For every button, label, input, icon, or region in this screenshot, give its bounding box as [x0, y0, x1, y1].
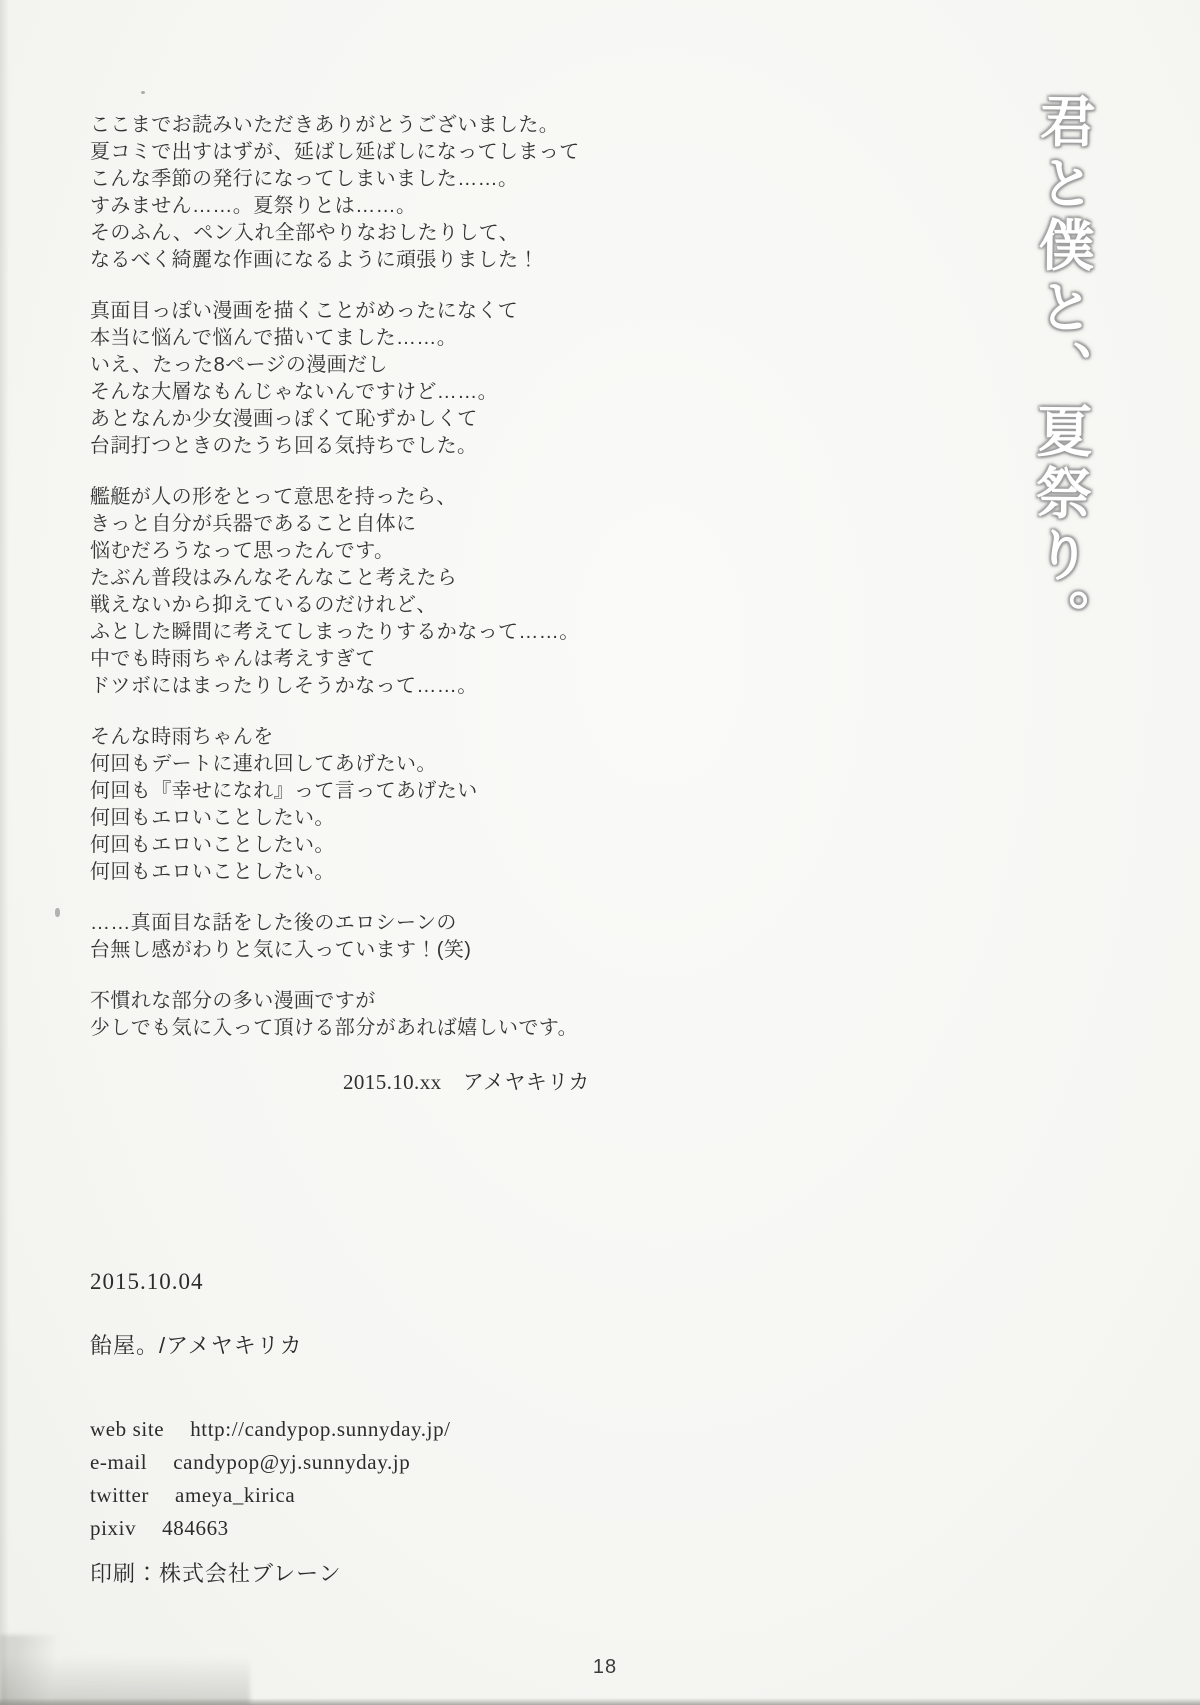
contact-label: web site	[90, 1416, 164, 1443]
afterword-line: 何回もデートに連れ回してあげたい。	[90, 751, 690, 778]
contact-row: pixiv484663	[90, 1515, 451, 1542]
signature-line: 2015.10.xx アメヤキリカ	[343, 1066, 690, 1096]
afterword-line: 夏コミで出すはずが、延ばし延ばしになってしまって	[90, 139, 690, 166]
afterword-line: 何回もエロいことしたい。	[90, 859, 690, 886]
contact-value: 484663	[162, 1515, 229, 1542]
afterword-paragraph: そんな時雨ちゃんを何回もデートに連れ回してあげたい。何回も『幸せになれ』って言っ…	[90, 724, 690, 886]
colophon: 2015.10.04 飴屋。/アメヤキリカ web sitehttp://can…	[90, 1268, 451, 1588]
afterword-line: そのふん、ペン入れ全部やりなおしたりして、	[90, 220, 690, 247]
afterword-paragraph: ここまでお読みいただきありがとうございました。夏コミで出すはずが、延ばし延ばしに…	[90, 112, 690, 274]
contact-label: twitter	[90, 1482, 149, 1509]
afterword-line: 何回も『幸せになれ』って言ってあげたい	[90, 778, 690, 805]
afterword-line: そんな時雨ちゃんを	[90, 724, 690, 751]
contact-value: ameya_kirica	[175, 1482, 295, 1509]
afterword-line: ふとした瞬間に考えてしまったりするかなって……。	[90, 619, 690, 646]
contact-row: e-mailcandypop@yj.sunnyday.jp	[90, 1449, 451, 1476]
afterword-line: いえ、たった8ページの漫画だし	[90, 352, 690, 379]
scanned-doujin-page: { "side_title": { "text": "君と僕と、夏祭り。" },…	[0, 0, 1200, 1705]
afterword-text: ここまでお読みいただきありがとうございました。夏コミで出すはずが、延ばし延ばしに…	[90, 112, 690, 1096]
afterword-line: 中でも時雨ちゃんは考えすぎて	[90, 646, 690, 673]
afterword-line: 何回もエロいことしたい。	[90, 832, 690, 859]
afterword-line: たぶん普段はみんなそんなこと考えたら	[90, 565, 690, 592]
contact-label: e-mail	[90, 1449, 147, 1476]
scan-edge-shadow	[0, 0, 9, 1705]
afterword-line: 少しでも気に入って頂ける部分があれば嬉しいです。	[90, 1015, 690, 1042]
afterword-line: 台詞打つときのたうち回る気持ちでした。	[90, 433, 690, 460]
afterword-line: 艦艇が人の形をとって意思を持ったら、	[90, 484, 690, 511]
afterword-line: きっと自分が兵器であること自体に	[90, 511, 690, 538]
printer-credit: 印刷：株式会社ブレーン	[90, 1560, 451, 1588]
afterword-line: ……真面目な話をした後のエロシーンの	[90, 910, 690, 937]
afterword-line: 悩むだろうなって思ったんです。	[90, 538, 690, 565]
contact-value: candypop@yj.sunnyday.jp	[173, 1449, 410, 1476]
afterword-line: ドツボにはまったりしそうかなって……。	[90, 673, 690, 700]
afterword-line: ここまでお読みいただきありがとうございました。	[90, 112, 690, 139]
afterword-paragraph: 不慣れな部分の多い漫画ですが少しでも気に入って頂ける部分があれば嬉しいです。	[90, 988, 690, 1042]
afterword-paragraphs: ここまでお読みいただきありがとうございました。夏コミで出すはずが、延ばし延ばしに…	[90, 112, 690, 1042]
afterword-line: 不慣れな部分の多い漫画ですが	[90, 988, 690, 1015]
contact-row: web sitehttp://candypop.sunnyday.jp/	[90, 1416, 451, 1443]
afterword-paragraph: 艦艇が人の形をとって意思を持ったら、きっと自分が兵器であること自体に悩むだろうな…	[90, 484, 690, 700]
afterword-line: 真面目っぽい漫画を描くことがめったになくて	[90, 298, 690, 325]
afterword-line: こんな季節の発行になってしまいました……。	[90, 166, 690, 193]
page-scan: 君と僕と、夏祭り。 ここまでお読みいただきありがとうございました。夏コミで出すは…	[0, 0, 1200, 1705]
contact-row: twitterameya_kirica	[90, 1482, 451, 1509]
afterword-line: 何回もエロいことしたい。	[90, 805, 690, 832]
circle-name: 飴屋。/アメヤキリカ	[90, 1332, 451, 1360]
afterword-line: そんな大層なもんじゃないんですけど……。	[90, 379, 690, 406]
contact-label: pixiv	[90, 1515, 136, 1542]
scan-artifact-dot	[55, 908, 60, 917]
afterword-line: あとなんか少女漫画っぽくて恥ずかしくて	[90, 406, 690, 433]
afterword-line: すみません……。夏祭りとは……。	[90, 193, 690, 220]
scan-artifact-dot	[141, 91, 145, 94]
contact-list: web sitehttp://candypop.sunnyday.jp/e-ma…	[90, 1416, 451, 1542]
afterword-line: 本当に悩んで悩んで描いてました……。	[90, 325, 690, 352]
release-date: 2015.10.04	[90, 1268, 451, 1296]
afterword-line: 戦えないから抑えているのだけれど、	[90, 592, 690, 619]
contact-value: http://candypop.sunnyday.jp/	[190, 1416, 450, 1443]
vertical-title-calligraphy: 君と僕と、夏祭り。	[1029, 92, 1091, 693]
afterword-line: 台無し感がわりと気に入っています！(笑)	[90, 937, 690, 964]
afterword-paragraph: 真面目っぽい漫画を描くことがめったになくて本当に悩んで悩んで描いてました……。い…	[90, 298, 690, 460]
scan-artifact-smudge	[0, 1635, 250, 1705]
afterword-paragraph: ……真面目な話をした後のエロシーンの台無し感がわりと気に入っています！(笑)	[90, 910, 690, 964]
scan-edge-shadow	[0, 1698, 1200, 1705]
afterword-line: なるべく綺麗な作画になるように頑張りました！	[90, 247, 690, 274]
